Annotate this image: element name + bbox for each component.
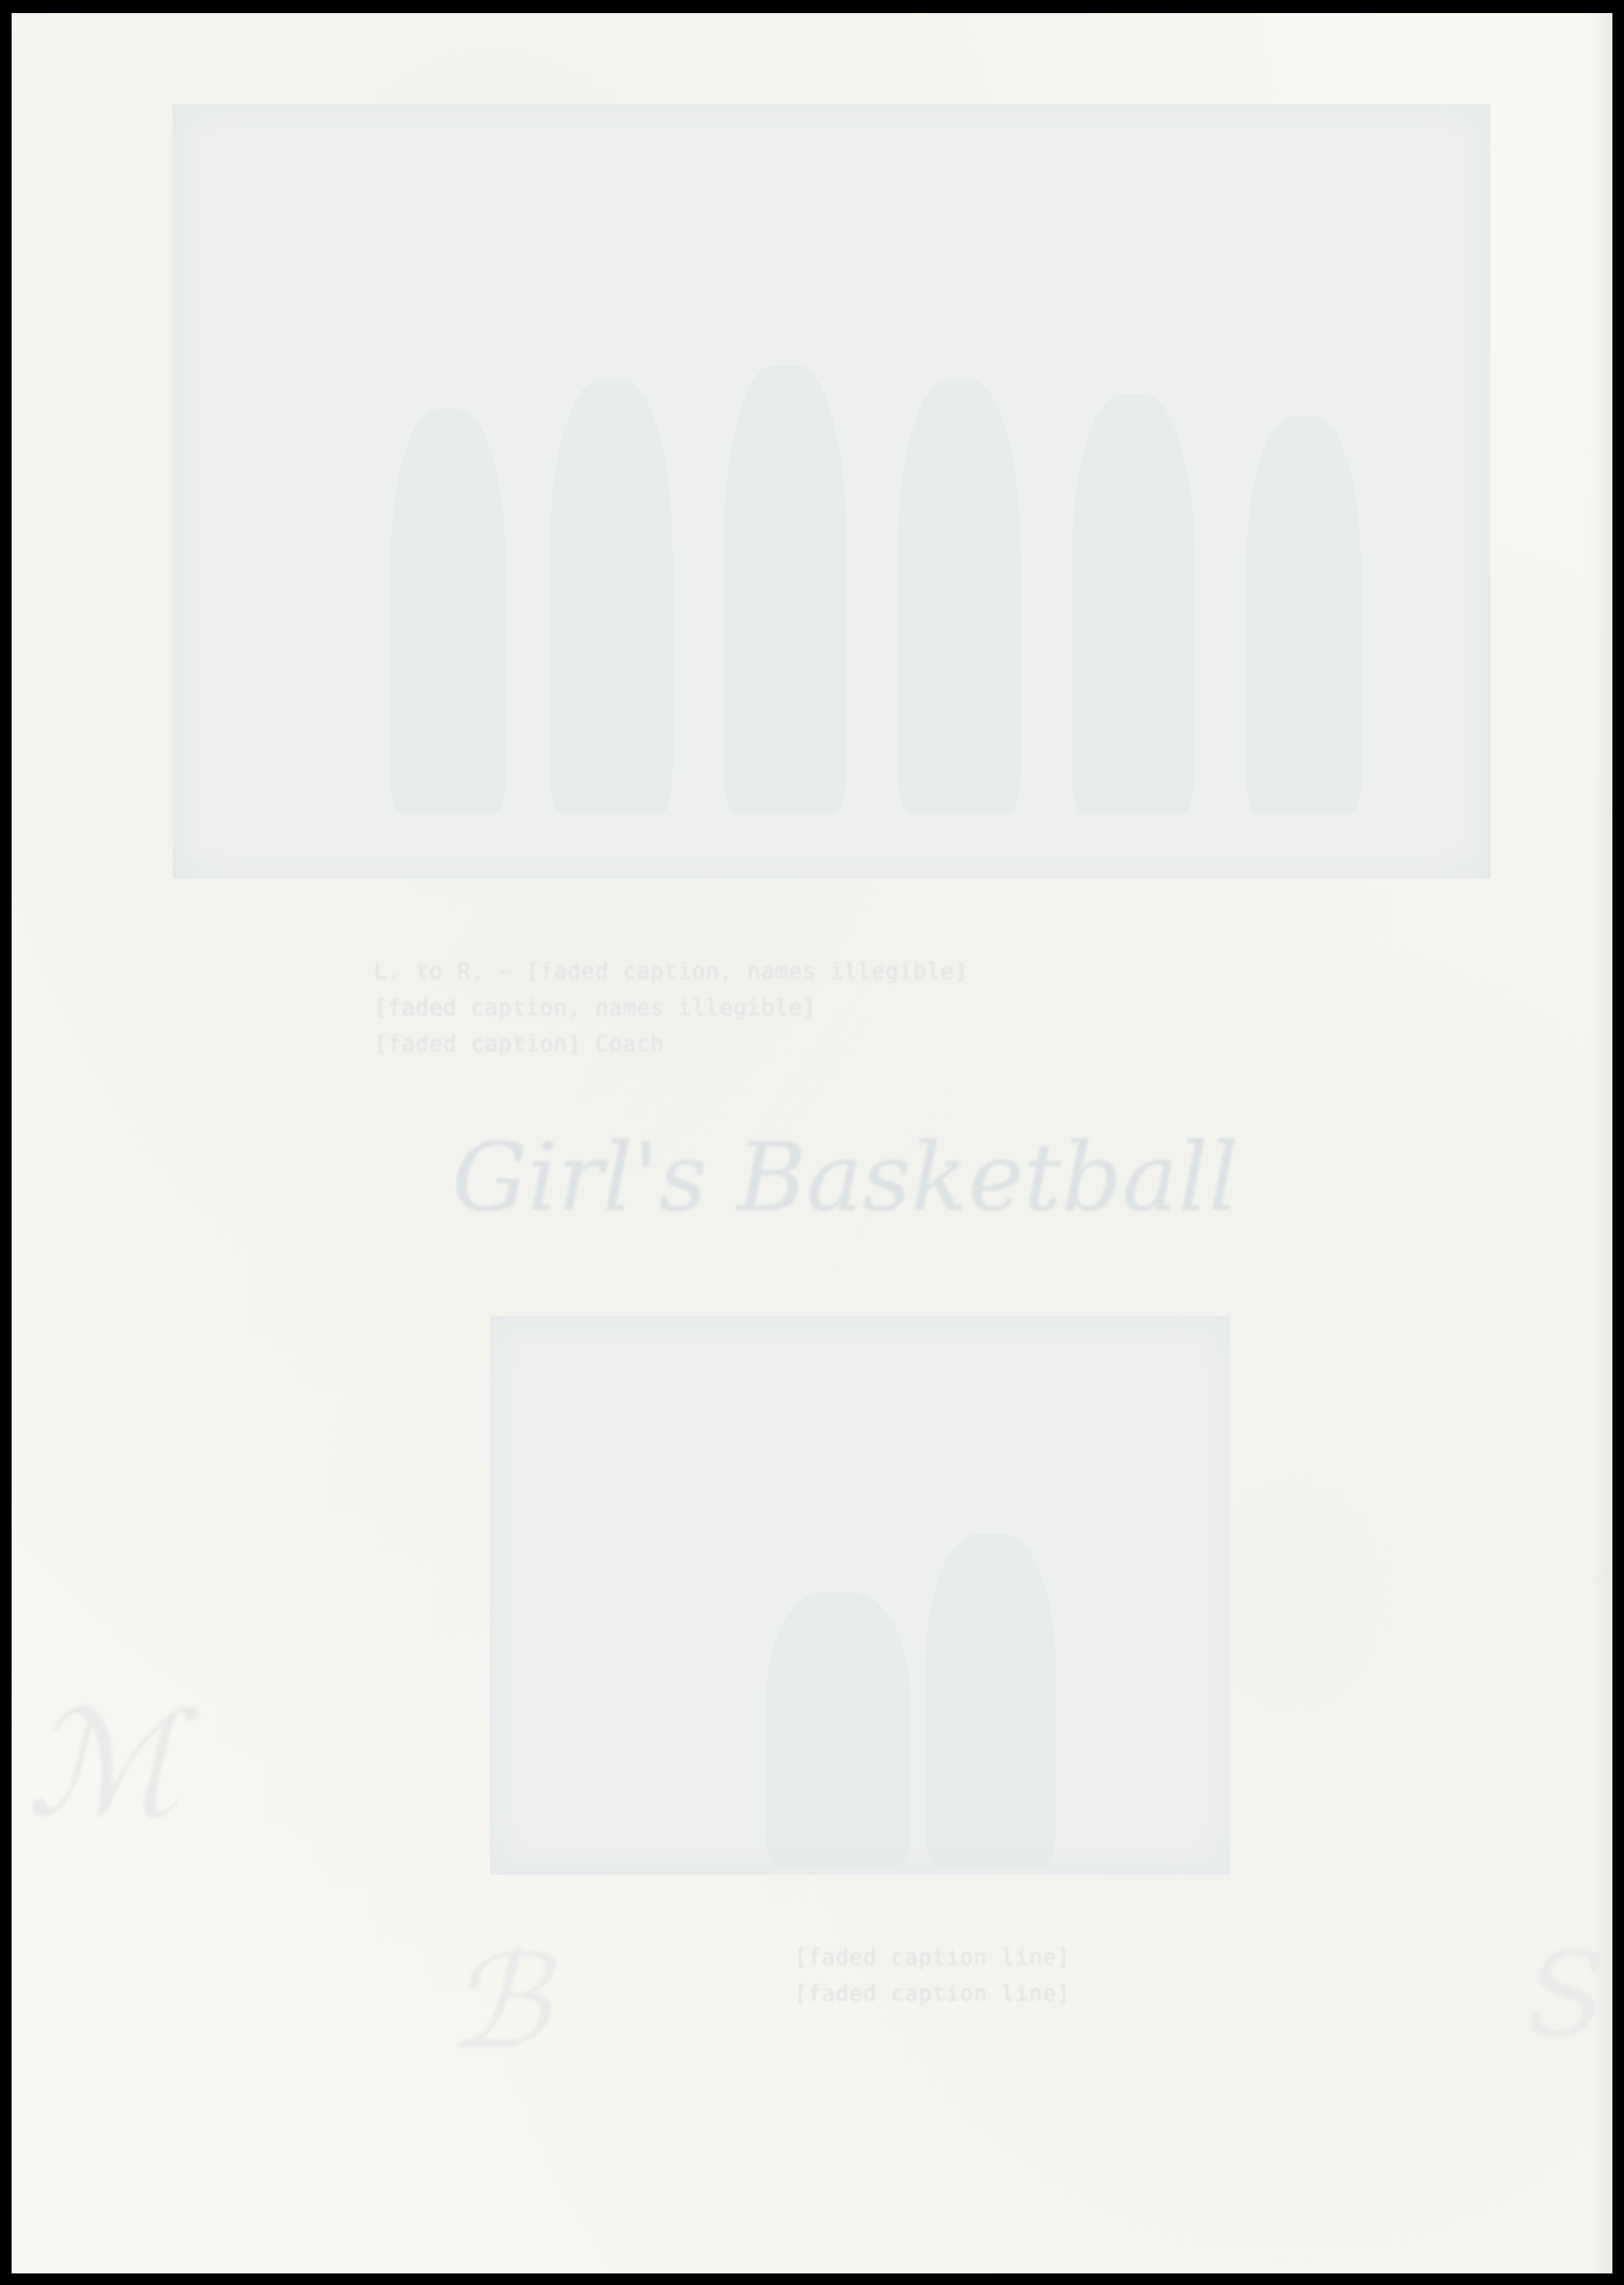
show-through-mark: S (1527, 1927, 1607, 2062)
figure-silhouette (550, 380, 673, 815)
show-through-mark: ℳ (26, 1680, 181, 1849)
caption-line: [faded caption] Coach (374, 1027, 1505, 1063)
figure-silhouette (1072, 394, 1195, 815)
figure-silhouette (1246, 416, 1362, 815)
figure-silhouette (925, 1534, 1056, 1867)
team-photo-top (173, 104, 1491, 879)
caption-line: [faded caption, names illegible] (374, 990, 1505, 1027)
figure-silhouette (766, 1592, 911, 1867)
caption-line: [faded caption line] (606, 1940, 1259, 1976)
section-heading: Girl's Basketball (447, 1122, 1244, 1232)
team-photo-caption: L. to R. — [faded caption, names illegib… (374, 954, 1505, 1063)
caption-line: L. to R. — [faded caption, names illegib… (374, 954, 1505, 990)
show-through-mark: ℬ (447, 1927, 550, 2078)
team-photo-bottom (490, 1316, 1230, 1875)
bottom-photo-caption: [faded caption line] [faded caption line… (606, 1940, 1259, 2012)
yearbook-page: L. to R. — [faded caption, names illegib… (12, 13, 1612, 2273)
figure-silhouette (390, 409, 506, 815)
caption-line: [faded caption line] (606, 1976, 1259, 2012)
figure-silhouette (898, 380, 1021, 815)
figure-silhouette (724, 365, 847, 815)
